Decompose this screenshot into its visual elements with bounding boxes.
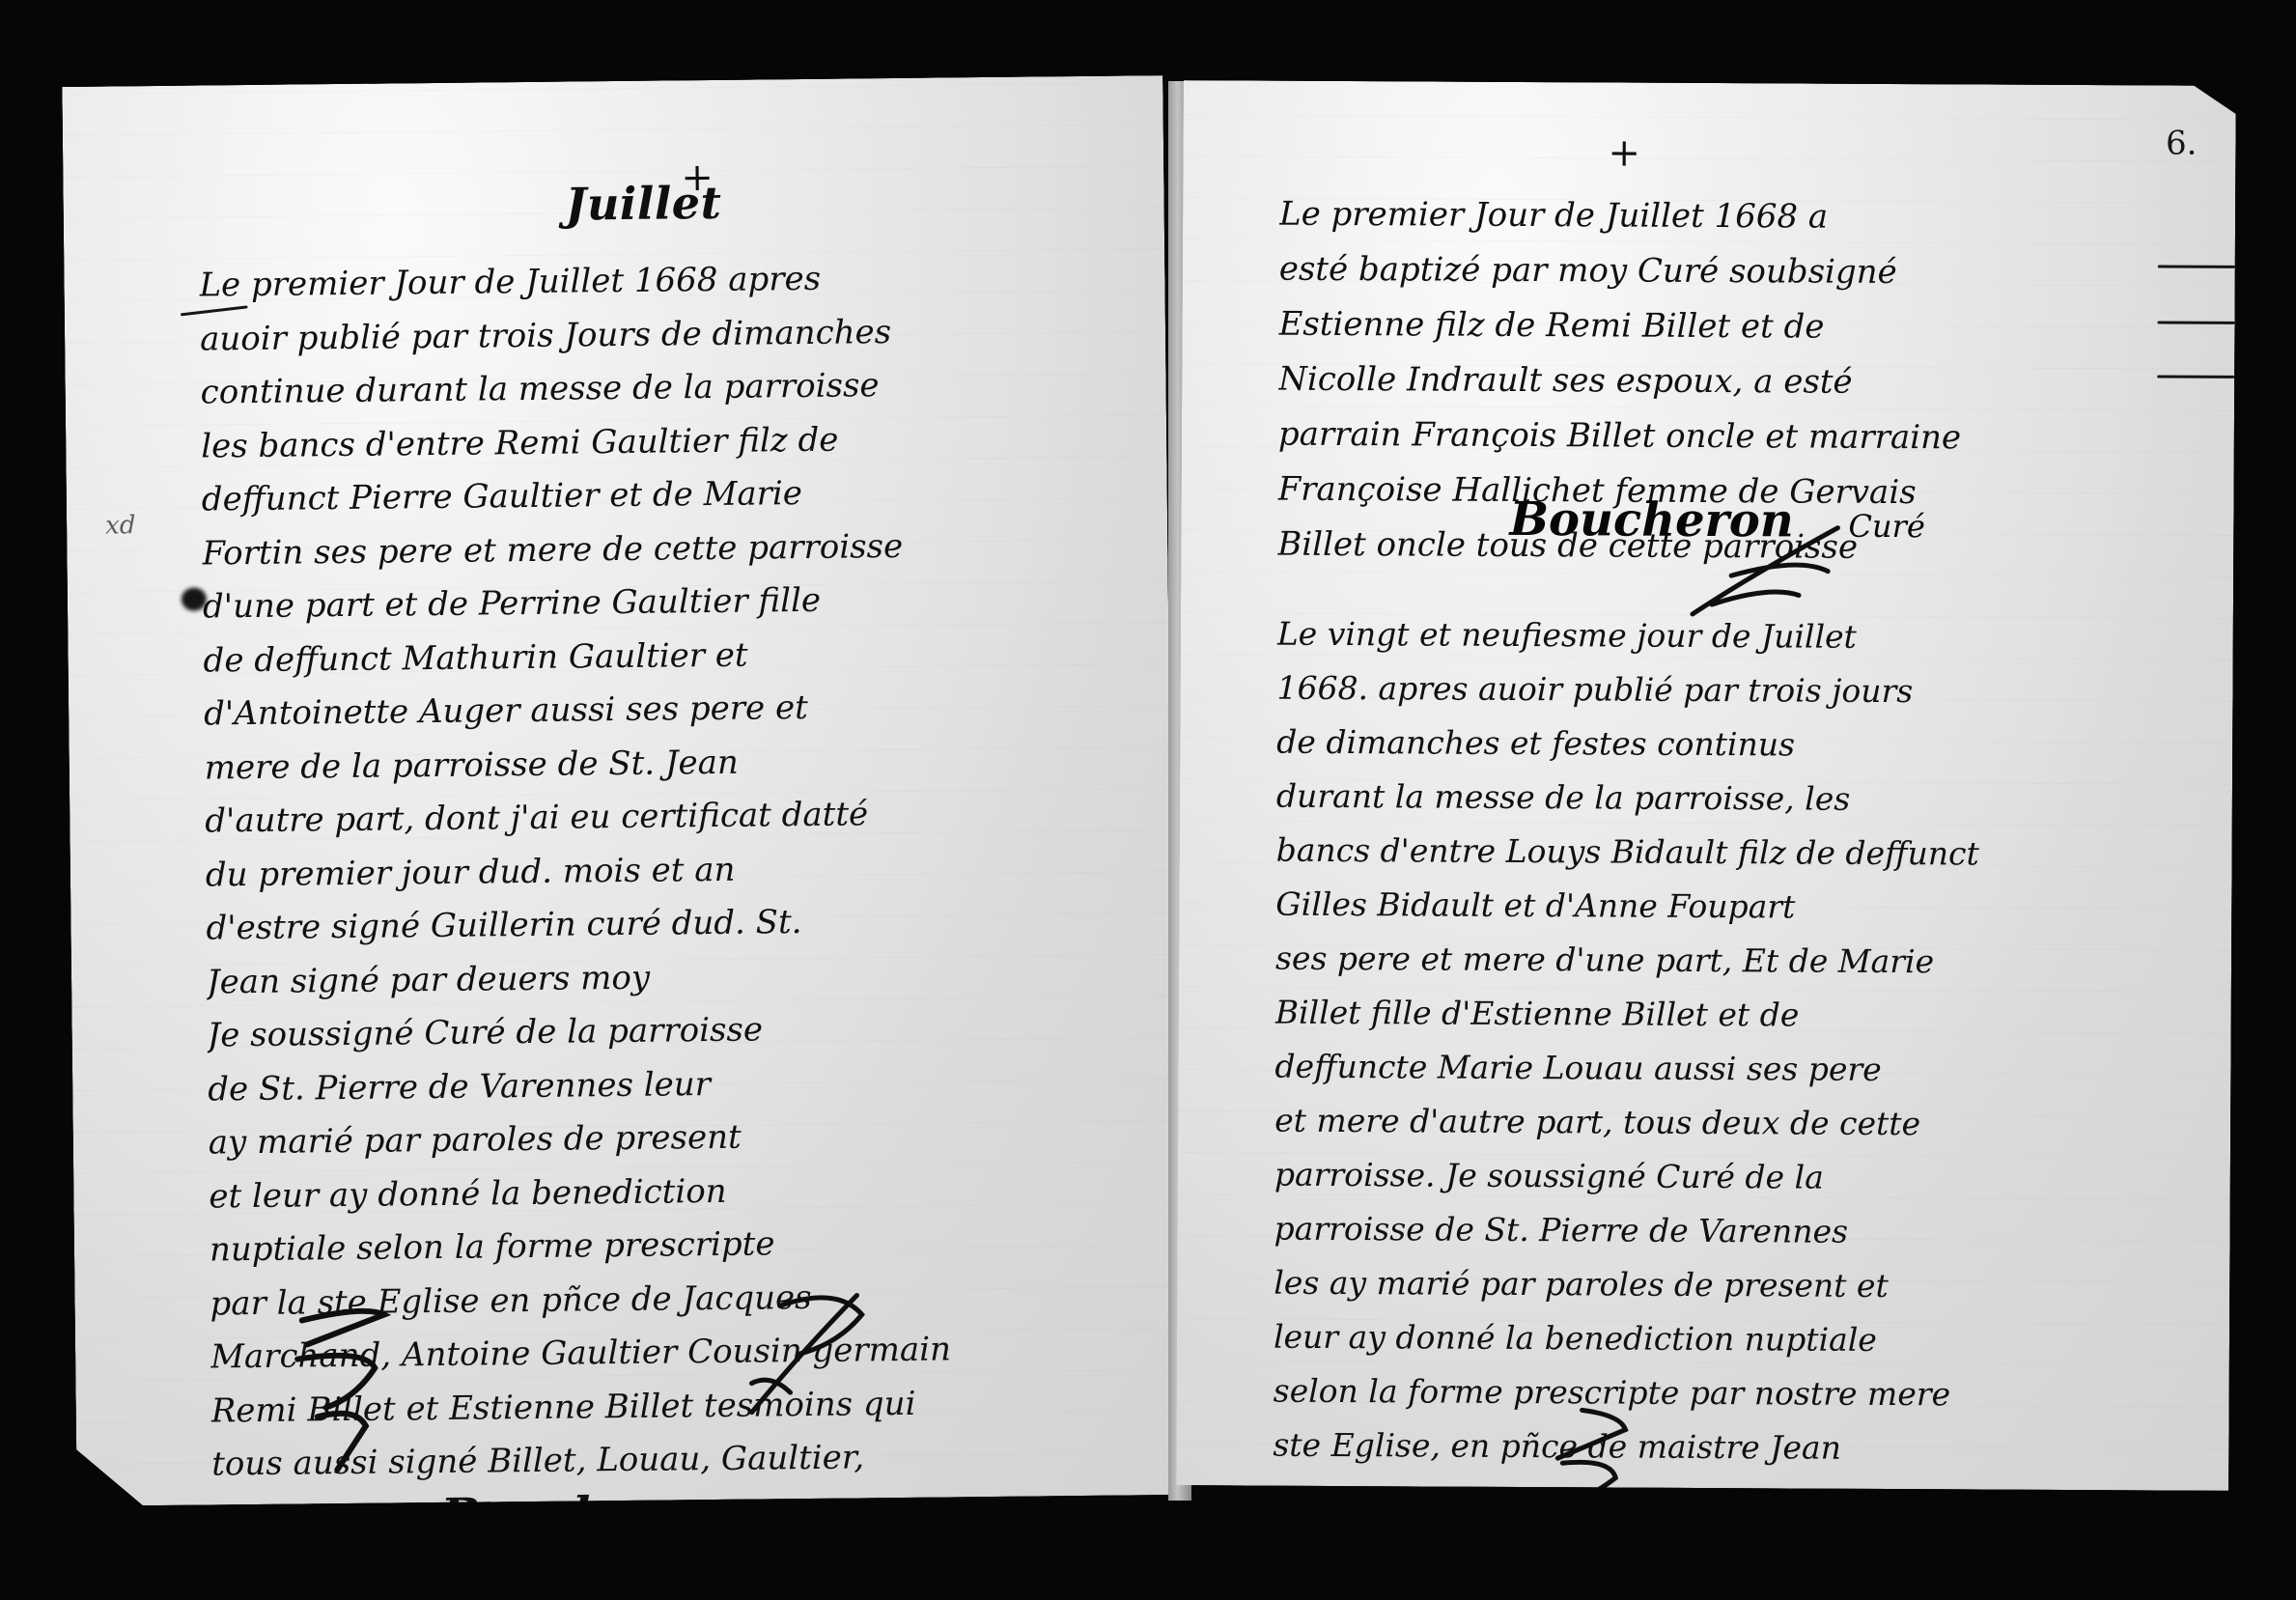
margin-note: xd	[105, 511, 136, 540]
text-line: d'une part et de Perrine Gaultier fille	[203, 571, 1131, 634]
text-line: nuptiale selon la forme prescripte	[210, 1214, 1137, 1277]
text-line: Le vingt et neufiesme jour de Juillet	[1277, 607, 2166, 666]
text-line: Le premier Jour de Juillet 1668 apres	[199, 249, 1127, 313]
text-line: durant la messe de la parroisse, les	[1276, 770, 2165, 828]
text-line: parrain François Billet oncle et marrain…	[1278, 407, 2167, 467]
signature-title: Curé	[861, 1496, 943, 1535]
text-line: Je soussigné Curé de la parroisse	[207, 999, 1134, 1063]
paraph-flourish-icon	[1543, 1405, 1631, 1550]
folio-number: 6.	[2166, 124, 2198, 162]
paraph-flourish-icon	[741, 1266, 868, 1441]
text-line: leur ay donné la benediction nuptiale	[1274, 1310, 2162, 1369]
marriage-entry: Le vingt et neufiesme jour de Juillet 16…	[1273, 607, 2166, 1477]
text-line: parroisse de St. Pierre de Varennes	[1274, 1202, 2162, 1261]
text-line: et mere d'autre part, tous deux de cette	[1274, 1094, 2163, 1153]
text-line: de dimanches et festes continus	[1276, 716, 2165, 774]
text-line: ses pere et mere d'une part, Et de Marie	[1275, 932, 2164, 991]
paraph-flourish-icon	[288, 1300, 396, 1474]
right-page: 6. + Le premier Jour de Juillet 1668 a e…	[1176, 80, 2236, 1491]
signature-boucheron: Boucheron	[440, 1485, 725, 1542]
text-fragment: Billet et	[212, 1502, 344, 1542]
text-line: ay marié par paroles de present	[209, 1107, 1136, 1170]
text-line: de St. Pierre de Varennes leur	[208, 1053, 1135, 1117]
text-line: d'Antoinette Auger aussi ses pere et	[204, 678, 1132, 742]
text-line: deffuncte Marie Louau aussi ses pere	[1274, 1040, 2163, 1099]
text-line: d'estre signé Guillerin curé dud. St.	[206, 892, 1134, 956]
text-line: Billet et Boucheron Curé	[212, 1482, 1140, 1551]
text-line: Le premier Jour de Juillet 1668 a	[1279, 187, 2168, 247]
text-line: continue durant la messe de la parroisse	[200, 356, 1128, 420]
text-line: 1668. apres auoir publié par trois jours	[1276, 661, 2165, 720]
cross-mark: +	[1608, 130, 1640, 175]
line-end-stroke	[2158, 321, 2235, 323]
text-line: bancs d'entre Louys Bidault filz de deff…	[1275, 824, 2164, 883]
text-line: de deffunct Mathurin Gaultier et	[203, 625, 1131, 688]
line-end-stroke	[2157, 375, 2234, 378]
text-line: selon la forme prescripte par nostre mer…	[1274, 1364, 2162, 1423]
document-scan: + Juillet xd Le premier Jour de Juillet …	[0, 0, 2296, 1600]
line-end-stroke	[2158, 265, 2235, 267]
text-line: et leur ay donné la benediction	[209, 1161, 1136, 1224]
text-line: Jean signé par deuers moy	[207, 946, 1134, 1010]
text-line: deffunct Pierre Gaultier et de Marie	[202, 463, 1130, 527]
text-line: Estienne filz de Remi Billet et de	[1278, 297, 2167, 357]
text-line: les bancs d'entre Remi Gaultier filz de	[201, 410, 1129, 474]
text-line: d'autre part, dont j'ai eu certificat da…	[205, 785, 1133, 849]
text-line: auoir publié par trois Jours de dimanche…	[200, 303, 1128, 367]
text-line: Nicolle Indrault ses espoux, a esté	[1278, 352, 2167, 412]
text-line: parroisse. Je soussigné Curé de la	[1274, 1148, 2163, 1207]
text-line: Gilles Bidault et d'Anne Foupart	[1275, 878, 2164, 937]
text-line: esté baptizé par moy Curé soubsigné	[1279, 242, 2168, 302]
text-line: Fortin ses pere et mere de cette parrois…	[202, 518, 1130, 581]
signature-title: Curé	[1848, 508, 1925, 545]
left-page: + Juillet xd Le premier Jour de Juillet …	[62, 75, 1177, 1506]
text-line: mere de la parroisse de St. Jean	[204, 732, 1132, 796]
month-heading: Juillet	[565, 177, 721, 231]
text-line: les ay marié par paroles de present et	[1274, 1256, 2162, 1315]
text-line: du premier jour dud. mois et an	[206, 839, 1134, 903]
text-line: ste Eglise, en pñce de maistre Jean	[1273, 1418, 2161, 1477]
text-line: Billet fille d'Estienne Billet et de	[1275, 986, 2164, 1045]
